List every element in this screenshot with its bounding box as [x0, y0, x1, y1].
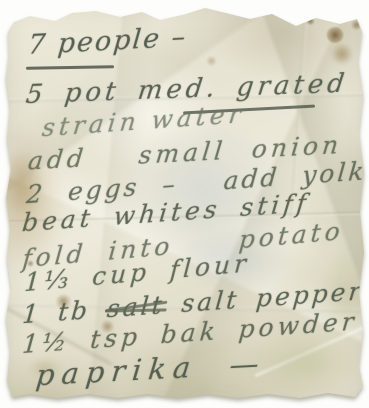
crossed-out-word: salt: [106, 290, 166, 323]
scanned-recipe-note: 7 people – 5 pot med. grated strain wate…: [0, 0, 369, 408]
paper-shadow-wrap: 7 people – 5 pot med. grated strain wate…: [0, 0, 369, 408]
crumpled-paper: 7 people – 5 pot med. grated strain wate…: [0, 0, 369, 408]
